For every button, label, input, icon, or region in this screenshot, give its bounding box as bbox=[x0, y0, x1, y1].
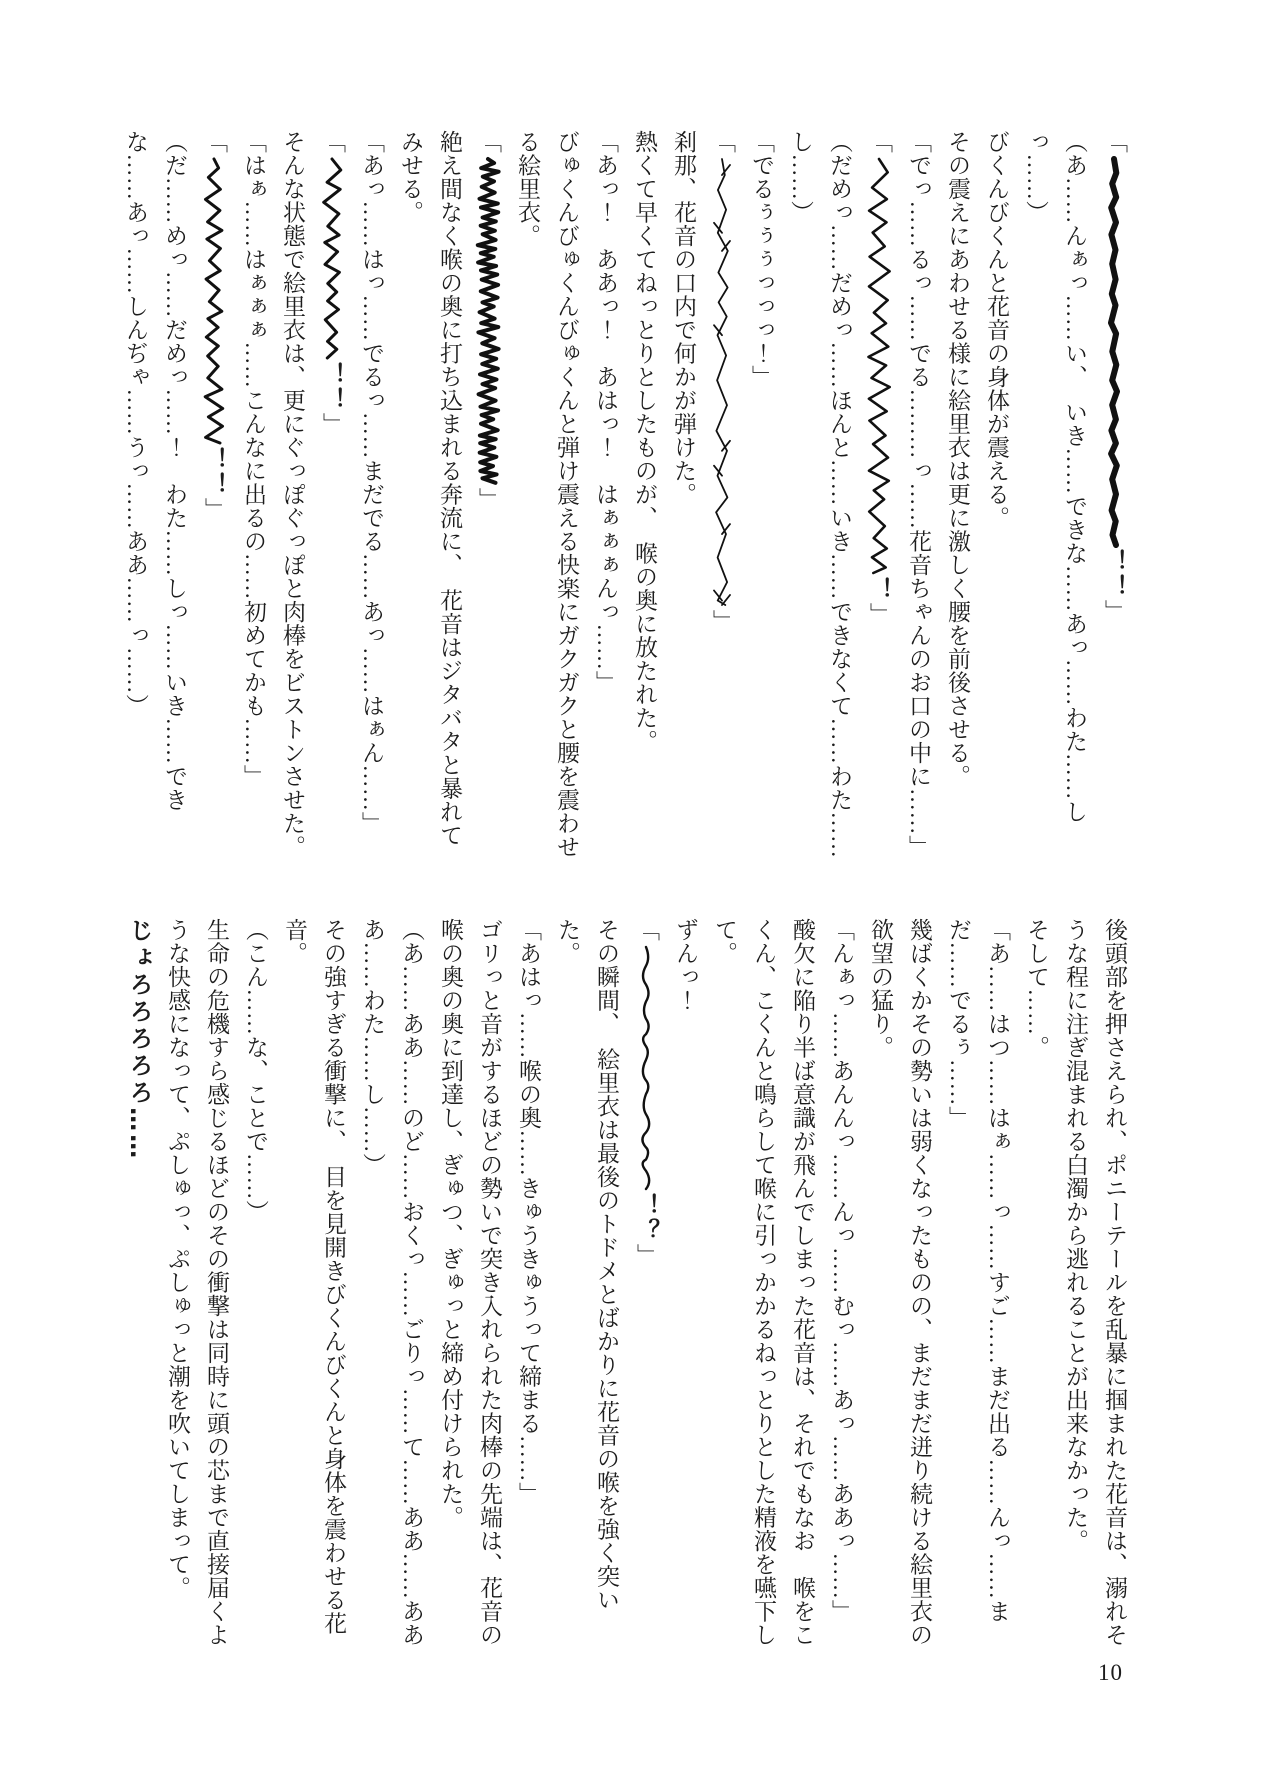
text-line: 「あはっ……喉の奥……きゅうきゅうって締まる……」 bbox=[509, 918, 548, 1650]
scribble-scream-line: 「！？」 bbox=[626, 918, 666, 1650]
text-line: 酸欠に陥り半ば意識が飛んでしまった花音は、それでもなお 喉をこくん、こくんと鳴ら… bbox=[705, 918, 822, 1650]
novel-page: 「！！」（あ……んぁっ……い、 いき……できな……あっ……わた……しっ……）びく… bbox=[0, 0, 1280, 1790]
scribble-scream-drawing bbox=[632, 944, 660, 1192]
text-line: 熱くて早くてねっとりとしたものが、 喉の奥に放たれた。 bbox=[625, 130, 664, 862]
text-line: 「でるぅぅぅっっっ！」 bbox=[742, 130, 781, 862]
top-text-block: 「！！」（あ……んぁっ……い、 いき……できな……あっ……わた……しっ……）びく… bbox=[116, 130, 1134, 862]
text-line: 後頭部を押さえられ、ポニーテールを乱暴に掴まれた花音は、溺れそうな程に注ぎ混まれ… bbox=[1056, 918, 1134, 1650]
text-line: （だめっ……だめっ……ほんと……いき……できなくて……わた……し……） bbox=[781, 130, 859, 862]
scream-exclamation-marks: ！！ bbox=[1101, 550, 1127, 600]
text-line: 「あ……はつ……はぁ……っ……すご……まだ出る……んっ……まだ……でるぅ……」 bbox=[939, 918, 1017, 1650]
text-line: （あ……んぁっ……い、 いき……できな……あっ……わた……しっ……） bbox=[1016, 130, 1094, 862]
bottom-text-block: 後頭部を押さえられ、ポニーテールを乱暴に掴まれた花音は、溺れそうな程に注ぎ混まれ… bbox=[119, 918, 1134, 1650]
scribble-scream-line: 「！！」 bbox=[194, 130, 234, 862]
text-line: びくんびくんと花音の身体が震える。 bbox=[977, 130, 1016, 862]
text-line: びゅくんびゅくんびゅくんと弾け震える快楽にガクガクと腰を震わせる絵里衣。 bbox=[508, 130, 586, 862]
text-line: その震えにあわせる様に絵里衣は更に激しく腰を前後させる。 bbox=[938, 130, 977, 862]
handwritten-sfx-line: じょろろろろろ…… bbox=[119, 917, 158, 1650]
scream-exclamation-marks: ！ bbox=[866, 578, 892, 603]
page-number: 10 bbox=[1098, 1660, 1123, 1686]
text-line: （こん……な、ことで……） bbox=[236, 918, 275, 1650]
text-line: 幾ばくかその勢いは弱くなったものの、まだまだ迸り続ける絵里衣の欲望の猛り。 bbox=[861, 918, 939, 1650]
text-line: 生命の危機すら感じるほどのその衝撃は同時に頭の芯まで直接届くような快感になって、… bbox=[158, 918, 236, 1650]
scribble-scream-drawing bbox=[200, 156, 228, 446]
scribble-scream-line: 「！！」 bbox=[312, 130, 352, 862]
text-line: 「んぁっ……あんんっ……んっ……むっ……あっ……ああっ……」 bbox=[822, 918, 861, 1650]
scribble-scream-line: 「」 bbox=[469, 130, 508, 862]
scribble-scream-line: 「」 bbox=[703, 130, 742, 862]
scream-exclamation-marks: ！！ bbox=[201, 448, 227, 498]
scribble-scream-drawing bbox=[474, 156, 502, 486]
scribble-scream-drawing bbox=[865, 156, 893, 576]
text-line: （だ……めっ……だめっ……！ わた……しっ……いき……できな……あっ……しんぢゃ… bbox=[116, 130, 194, 862]
text-line: そんな状態で絵里衣は、更にぐっぽぐっぽと肉棒をビストンさせた。 bbox=[273, 130, 312, 862]
text-line: その強すぎる衝撃に、 目を見開きびくんびくんと身体を震わせる花音。 bbox=[275, 918, 353, 1650]
text-line: （あ……ああ……のど……おくっ……ごりっ……て……ああ……あああ……わた……し…… bbox=[353, 918, 431, 1650]
text-line: 絶え間なく喉の奥に打ち込まれる奔流に、 花音はジタバタと暴れてみせる。 bbox=[391, 130, 469, 862]
text-line: ゴリっと音がするほどの勢いで突き入れられた肉棒の先端は、花音の喉の奥の奥に到達し… bbox=[431, 918, 509, 1650]
text-line: ずんっ！ bbox=[666, 918, 705, 1650]
text-line: 「あっ……はっ……でるっ……まだでる……あっ……はぁん……」 bbox=[352, 130, 391, 862]
text-line: 「あっ！ ああっ！ あはっ！ はぁぁぁんっ……」 bbox=[586, 130, 625, 862]
text-line: 「でっ……るっ……でる………っ……花音ちゃんのお口の中に……」 bbox=[899, 130, 938, 862]
scream-exclamation-marks: ！！ bbox=[319, 363, 345, 413]
text-line: その瞬間、 絵里衣は最後のトドメとばかりに花音の喉を強く突いた。 bbox=[548, 918, 626, 1650]
scream-exclamation-marks: ！？ bbox=[633, 1194, 659, 1244]
scribble-scream-line: 「！」 bbox=[859, 130, 899, 862]
text-line: そして……。 bbox=[1017, 918, 1056, 1650]
text-line: 「はぁ……はぁぁぁ……こんなに出るの……初めてかも……」 bbox=[234, 130, 273, 862]
scribble-scream-drawing bbox=[318, 156, 346, 361]
scribble-scream-drawing bbox=[1100, 156, 1128, 548]
scribble-scream-line: 「！！」 bbox=[1094, 130, 1134, 862]
text-line: 刹那、花音の口内で何かが弾けた。 bbox=[664, 130, 703, 862]
scribble-scream-drawing bbox=[708, 156, 736, 608]
